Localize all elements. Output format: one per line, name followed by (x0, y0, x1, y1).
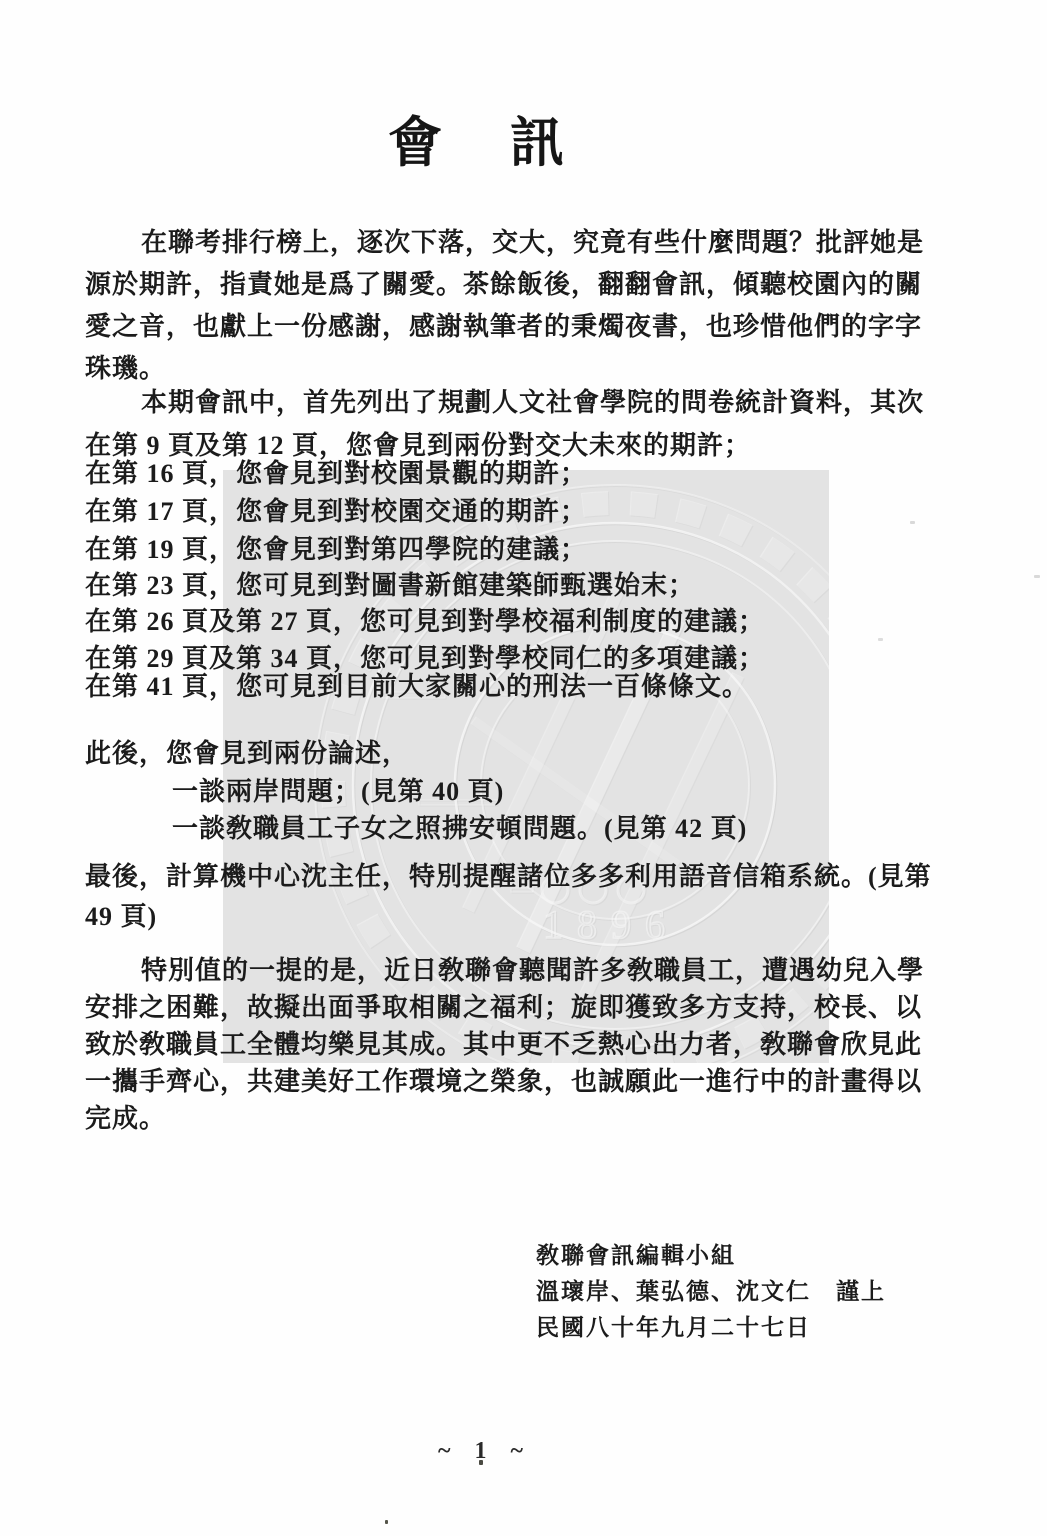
intro-line-4: 珠璣。 (85, 348, 166, 385)
signature-date: 民國八十年九月二十七日 (536, 1310, 886, 1346)
signature-group: 敎聯會訊編輯小組 (536, 1238, 886, 1274)
essay-line-1: 一談兩岸問題；(見第 40 頁) (172, 771, 504, 808)
intro-line-1: 在聯考排行榜上，逐次下落，交大，究竟有些什麼問題？批評她是 (85, 222, 924, 259)
page-index-line-7: 在第 41 頁，您可見到目前大家關心的刑法一百條條文。 (85, 666, 749, 703)
scan-speck (878, 638, 883, 641)
overview-line-1: 本期會訊中，首先列出了規劃人文社會學院的問卷統計資料，其次 (85, 382, 924, 419)
special-note-line-5: 完成。 (85, 1098, 166, 1135)
page-title: 會 訊 (388, 100, 564, 177)
special-note-line-2: 安排之困難，故擬出面爭取相關之福利；旋即獲致多方支持，校長、以 (85, 987, 922, 1024)
page-index-line-2: 在第 17 頁，您會見到對校園交通的期許； (85, 491, 587, 528)
scan-speck (1034, 575, 1040, 578)
special-note-line-4: 一攜手齊心，共建美好工作環境之榮象，也誠願此一進行中的計畫得以 (85, 1061, 922, 1098)
page-index-line-1: 在第 16 頁，您會見到對校園景觀的期許； (85, 453, 587, 490)
document-page: 1896 會 訊 在聯考排行榜上，逐次下落，交大，究竟有些什麼問題？批評她是 源… (0, 0, 1047, 1536)
page-index-line-4: 在第 23 頁，您可見到對圖書新館建築師甄選始末； (85, 565, 695, 602)
transition-line: 此後，您會見到兩份論述， (85, 733, 409, 770)
page-number: ~ 1 ~ (438, 1438, 532, 1465)
special-note-line-1: 特別值的一提的是，近日敎聯會聽聞許多敎職員工，遭遇幼兒入學 (85, 950, 924, 987)
scan-speck (385, 1520, 388, 1524)
signature-block: 敎聯會訊編輯小組 溫瓌岸、葉弘德、沈文仁 謹上 民國八十年九月二十七日 (536, 1238, 886, 1346)
scan-speck (479, 1460, 483, 1465)
scan-speck (910, 521, 915, 524)
intro-line-2: 源於期許，指責她是爲了關愛。茶餘飯後，翻翻會訊，傾聽校園內的關 (85, 264, 922, 301)
title-char-left: 會 (388, 100, 442, 177)
closing-line-1: 最後，計算機中心沈主任，特別提醒諸位多多利用語音信箱系統。(見第 (85, 856, 932, 893)
page-index-line-3: 在第 19 頁，您會見到對第四學院的建議； (85, 529, 587, 566)
intro-line-3: 愛之音，也獻上一份感謝，感謝執筆者的秉燭夜書，也珍惜他們的字字 (85, 306, 922, 343)
title-char-right: 訊 (510, 100, 564, 177)
closing-line-2: 49 頁) (85, 896, 157, 933)
seal-year-text: 1896 (543, 902, 679, 947)
essay-line-2: 一談敎職員工子女之照拂安頓問題。(見第 42 頁) (172, 808, 747, 845)
signature-names: 溫瓌岸、葉弘德、沈文仁 謹上 (536, 1274, 886, 1310)
special-note-line-3: 致於敎職員工全體均樂見其成。其中更不乏熱心出力者，敎聯會欣見此 (85, 1024, 922, 1061)
page-index-line-5: 在第 26 頁及第 27 頁，您可見到對學校福利制度的建議； (85, 601, 765, 638)
